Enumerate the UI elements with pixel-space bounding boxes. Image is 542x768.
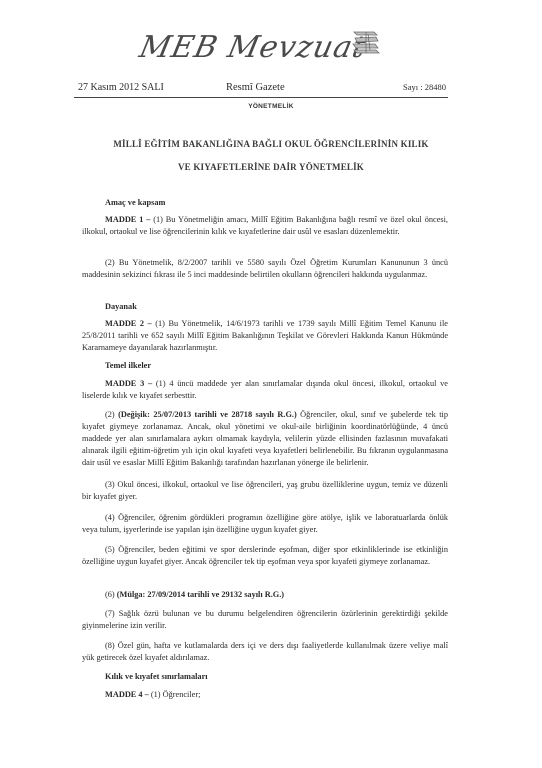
gazette-header: 27 Kasım 2012 SALI Resmî Gazete Sayı : 2… bbox=[78, 82, 446, 96]
article-3-paragraph-8: (8) Özel gün, hafta ve kutlamalarda ders… bbox=[82, 640, 448, 664]
regulation-title-line-1: MİLLÎ EĞİTİM BAKANLIĞINA BAĞLI OKUL ÖĞRE… bbox=[0, 139, 542, 149]
section-heading-basis: Dayanak bbox=[105, 302, 137, 311]
paragraph-number: (2) bbox=[105, 410, 118, 419]
article-label: MADDE 4 – bbox=[105, 690, 149, 699]
section-heading-restrictions: Kılık ve kıyafet sınırlamaları bbox=[105, 672, 208, 681]
article-label: MADDE 2 – bbox=[105, 319, 152, 328]
section-heading-principles: Temel ilkeler bbox=[105, 361, 151, 370]
paragraph-text: (1) Öğrenciler; bbox=[149, 690, 201, 699]
issue-date: 27 Kasım 2012 SALI bbox=[78, 82, 164, 93]
article-3-paragraph-6: (6) (Mülga: 27/09/2014 tarihli ve 29132 … bbox=[82, 589, 448, 601]
regulation-title-line-2: VE KIYAFETLERİNE DAİR YÖNETMELİK bbox=[0, 162, 542, 172]
article-3-paragraph-1: MADDE 3 – (1) 4 üncü maddede yer alan sı… bbox=[82, 378, 448, 402]
article-3-paragraph-3: (3) Okul öncesi, ilkokul, ortaokul ve li… bbox=[82, 479, 448, 503]
gazette-name: Resmî Gazete bbox=[226, 82, 285, 93]
article-1-paragraph-1: MADDE 1 – (1) Bu Yönetmeliğin amacı, Mil… bbox=[82, 214, 448, 238]
article-3-paragraph-2: (2) (Değişik: 25/07/2013 tarihli ve 2871… bbox=[82, 409, 448, 469]
paragraph-number: (6) bbox=[105, 590, 117, 599]
article-label: MADDE 3 – bbox=[105, 379, 152, 388]
amendment-note: (Değişik: 25/07/2013 tarihli ve 28718 sa… bbox=[118, 410, 297, 419]
article-4-paragraph-1: MADDE 4 – (1) Öğrenciler; bbox=[82, 689, 448, 701]
article-label: MADDE 1 – bbox=[105, 215, 150, 224]
issue-number: Sayı : 28480 bbox=[403, 82, 446, 92]
logo-text: MEB Mevzuat bbox=[136, 30, 369, 65]
repeal-note: (Mülga: 27/09/2014 tarihli ve 29132 sayı… bbox=[117, 590, 284, 599]
books-stack-icon bbox=[348, 24, 384, 60]
article-1-paragraph-2: (2) Bu Yönetmelik, 8/2/2007 tarihli ve 5… bbox=[82, 257, 448, 281]
header-divider bbox=[74, 97, 448, 98]
article-3-paragraph-4: (4) Öğrenciler, öğrenim gördükleri progr… bbox=[82, 512, 448, 536]
article-3-paragraph-7: (7) Sağlık özrü bulunan ve bu durumu bel… bbox=[82, 608, 448, 632]
site-logo: MEB Mevzuat bbox=[0, 30, 542, 68]
document-category: YÖNETMELİK bbox=[0, 103, 542, 110]
article-3-paragraph-5: (5) Öğrenciler, beden eğitimi ve spor de… bbox=[82, 544, 448, 568]
article-2-paragraph-1: MADDE 2 – (1) Bu Yönetmelik, 14/6/1973 t… bbox=[82, 318, 448, 354]
section-heading-purpose: Amaç ve kapsam bbox=[105, 198, 165, 207]
